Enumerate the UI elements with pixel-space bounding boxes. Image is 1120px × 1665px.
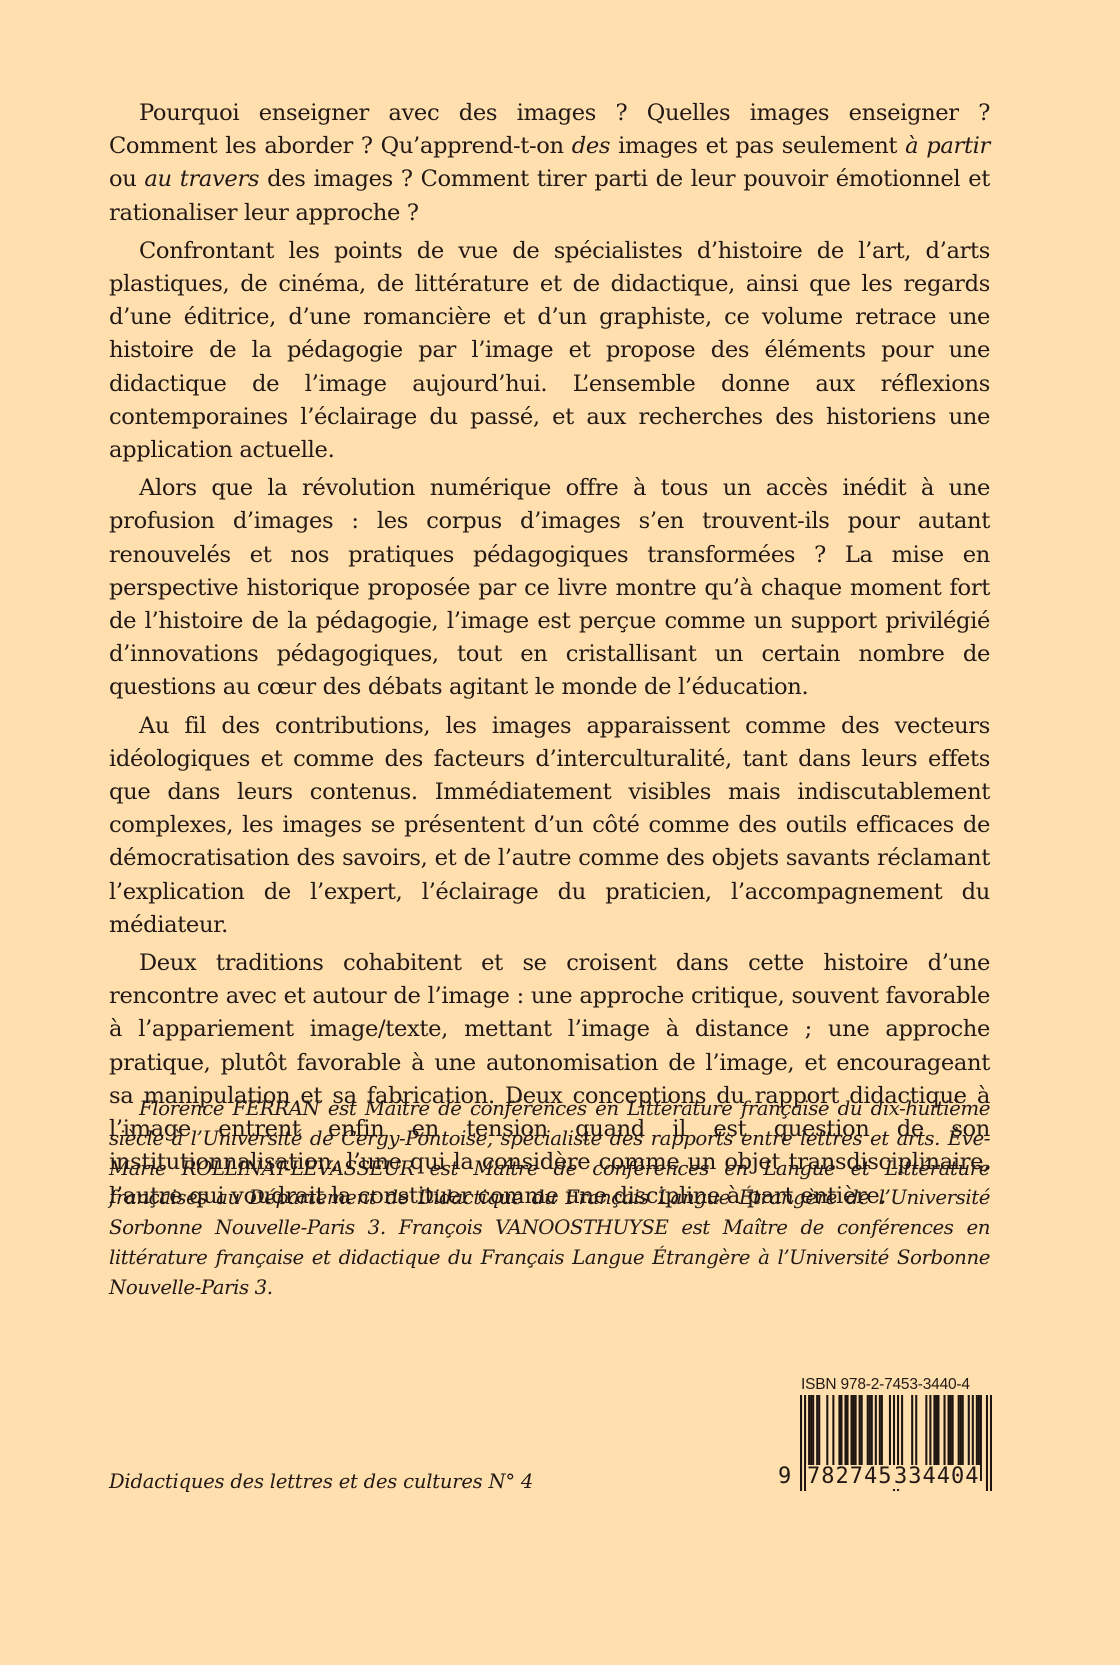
back-cover-blurb: Pourquoi enseigner avec des images ? Que…	[109, 97, 990, 1218]
italic-segment: à partir	[905, 133, 990, 159]
blurb-paragraph-1: Pourquoi enseigner avec des images ? Que…	[109, 97, 990, 230]
text-segment: ou	[109, 166, 144, 192]
blurb-paragraph-3: Alors que la révolution numérique offre …	[109, 472, 990, 704]
blurb-paragraph-4: Au fil des contributions, les images app…	[109, 710, 990, 942]
barcode-lead-digit: 9	[778, 1465, 791, 1489]
barcode-digit-group-1: 782745	[806, 1465, 893, 1489]
series-title: Didactiques des lettres et des cultures …	[109, 1470, 533, 1493]
italic-segment: au travers	[144, 166, 259, 192]
isbn-label: ISBN 978-2-7453-3440-4	[801, 1376, 970, 1394]
italic-segment: des	[572, 133, 610, 159]
author-bios: Florence FERRAN est Maître de conférence…	[109, 1094, 990, 1303]
barcode-digit-group-2: 334404	[893, 1465, 980, 1489]
blurb-paragraph-2: Confrontant les points de vue de spécial…	[109, 235, 990, 467]
isbn-barcode: ISBN 978-2-7453-3440-4 9 782745 334404	[774, 1376, 994, 1500]
text-segment: images et pas seulement	[610, 133, 905, 159]
author-bio-paragraph: Florence FERRAN est Maître de conférence…	[109, 1094, 990, 1303]
